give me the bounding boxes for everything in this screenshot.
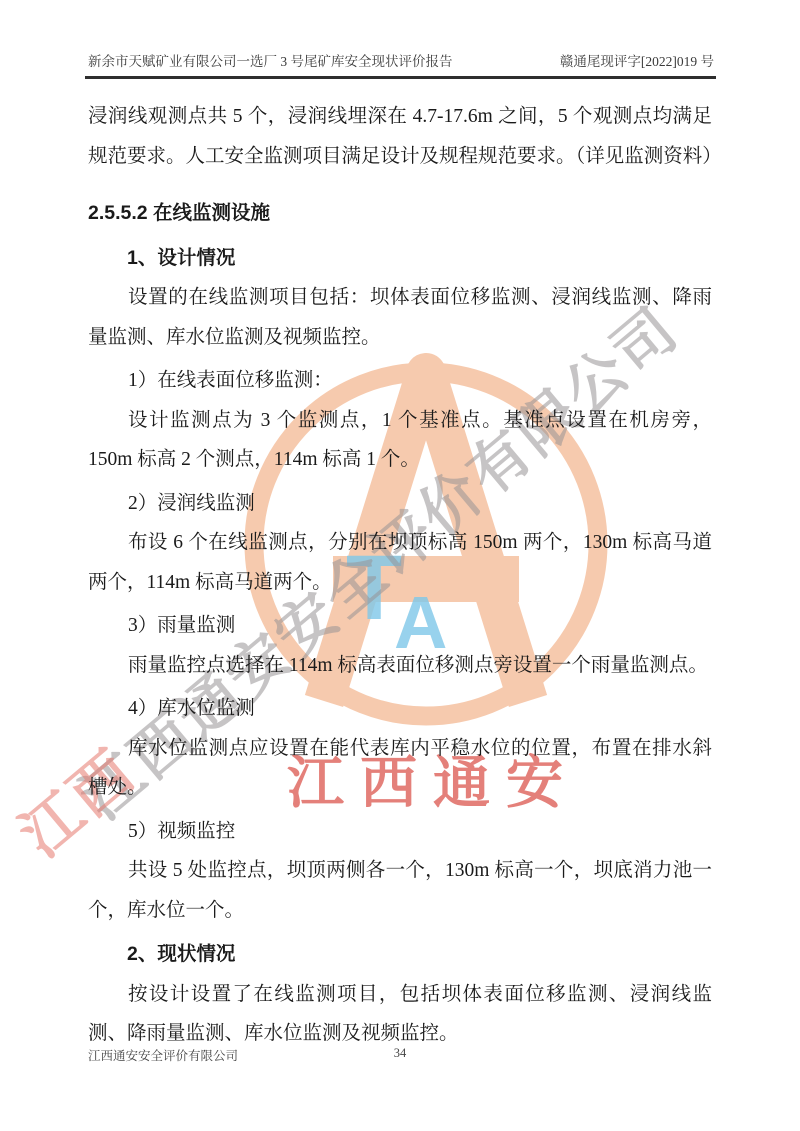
- page-header: 新余市天赋矿业有限公司一选厂 3 号尾矿库安全现状评价报告 赣通尾现评字[202…: [88, 50, 714, 70]
- header-rule: [85, 76, 716, 79]
- document-page: 新余市天赋矿业有限公司一选厂 3 号尾矿库安全现状评价报告 赣通尾现评字[202…: [0, 0, 800, 1131]
- header-doc-number: 赣通尾现评字[2022]019 号: [560, 50, 714, 70]
- list-item-line: 3）雨量监测: [88, 606, 712, 646]
- paragraph: 设计监测点为 3 个监测点，1 个基准点。基准点设置在机房旁，150m 标高 2…: [88, 401, 712, 480]
- page-footer: 江西通安安全评价有限公司 34: [88, 1046, 712, 1066]
- section-heading: 2.5.5.2 在线监测设施: [88, 194, 712, 234]
- paragraph: 共设 5 处监控点，坝顶两侧各一个，130m 标高一个，坝底消力池一个，库水位一…: [88, 851, 712, 930]
- list-item-line: 4）库水位监测: [88, 689, 712, 729]
- paragraph: 按设计设置了在线监测项目，包括坝体表面位移监测、浸润线监测、降雨量监测、库水位监…: [88, 975, 712, 1054]
- list-item-line: 1）在线表面位移监测：: [88, 361, 712, 401]
- list-item-line: 2）浸润线监测: [88, 484, 712, 524]
- list-item-line: 5）视频监控: [88, 812, 712, 852]
- sub-heading: 2、现状情况: [88, 935, 712, 975]
- document-body: 浸润线观测点共 5 个，浸润线埋深在 4.7-17.6m 之间，5 个观测点均满…: [88, 97, 712, 1054]
- header-report-title: 新余市天赋矿业有限公司一选厂 3 号尾矿库安全现状评价报告: [88, 50, 453, 70]
- paragraph: 浸润线观测点共 5 个，浸润线埋深在 4.7-17.6m 之间，5 个观测点均满…: [88, 97, 712, 176]
- paragraph: 布设 6 个在线监测点，分别在坝顶标高 150m 两个，130m 标高马道两个，…: [88, 523, 712, 602]
- paragraph: 库水位监测点应设置在能代表库内平稳水位的位置，布置在排水斜槽处。: [88, 729, 712, 808]
- paragraph: 雨量监控点选择在 114m 标高表面位移测点旁设置一个雨量监测点。: [88, 646, 712, 686]
- footer-page-number: 34: [88, 1046, 712, 1061]
- paragraph: 设置的在线监测项目包括：坝体表面位移监测、浸润线监测、降雨量监测、库水位监测及视…: [88, 278, 712, 357]
- sub-heading: 1、设计情况: [88, 239, 712, 279]
